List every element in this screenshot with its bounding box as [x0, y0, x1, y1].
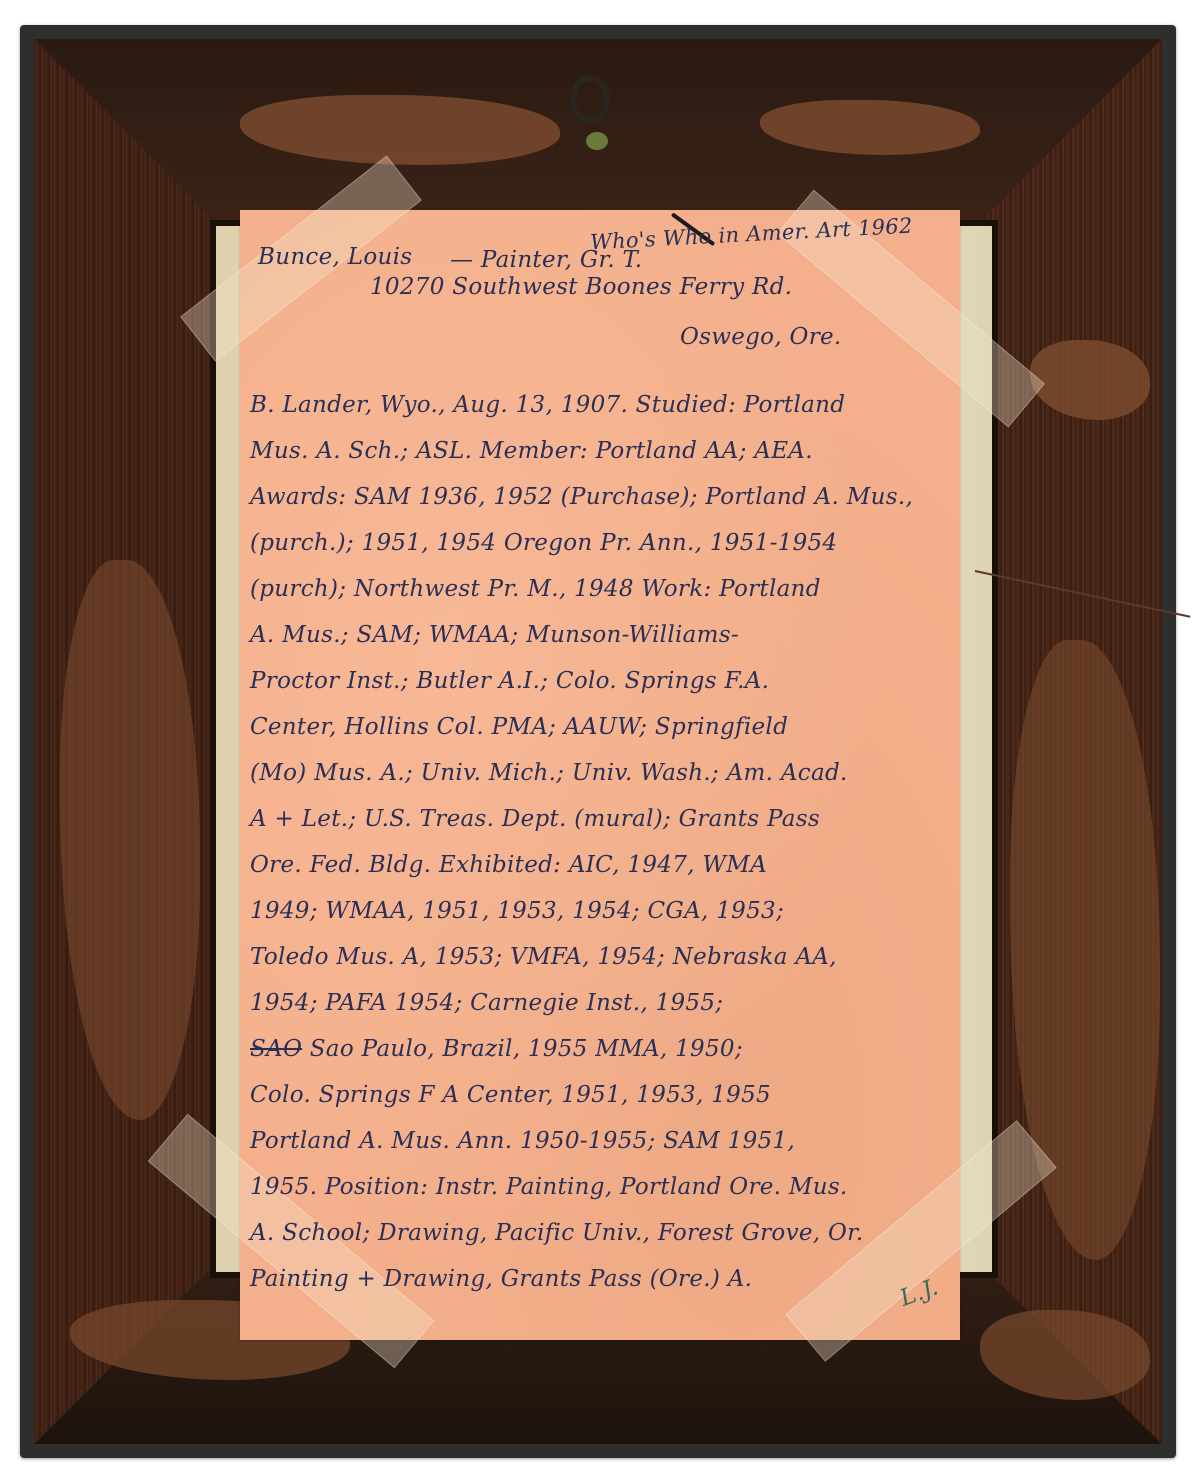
metal-ring-icon [570, 75, 610, 123]
note-line: Awards: SAM 1936, 1952 (Purchase); Portl… [250, 484, 913, 510]
note-address-1: 10270 Southwest Boones Ferry Rd. [370, 274, 792, 300]
note-line: A. School; Drawing, Pacific Univ., Fores… [250, 1220, 864, 1246]
note-line: Toledo Mus. A, 1953; VMFA, 1954; Nebrask… [250, 944, 837, 970]
note-name: Bunce, Louis [258, 244, 412, 270]
note-occupation: — Painter, Gr. T. [450, 247, 642, 273]
note-line: B. Lander, Wyo., Aug. 13, 1907. Studied:… [250, 392, 845, 418]
note-line: Center, Hollins Col. PMA; AAUW; Springfi… [250, 714, 788, 740]
note-line: Portland A. Mus. Ann. 1950-1955; SAM 195… [250, 1128, 795, 1154]
note-line: Mus. A. Sch.; ASL. Member: Portland AA; … [250, 438, 813, 464]
note-line: Colo. Springs F A Center, 1951, 1953, 19… [250, 1082, 771, 1108]
note-line: (Mo) Mus. A.; Univ. Mich.; Univ. Wash.; … [250, 760, 848, 786]
note-line: (purch); Northwest Pr. M., 1948 Work: Po… [250, 576, 821, 602]
note-line: Ore. Fed. Bldg. Exhibited: AIC, 1947, WM… [250, 852, 767, 878]
note-line: 1955. Position: Instr. Painting, Portlan… [250, 1174, 848, 1200]
note-line: 1949; WMAA, 1951, 1953, 1954; CGA, 1953; [250, 898, 784, 924]
note-line: Painting + Drawing, Grants Pass (Ore.) A… [250, 1266, 752, 1292]
note-line: Proctor Inst.; Butler A.I.; Colo. Spring… [250, 668, 769, 694]
note-line: Sao Paulo, Brazil, 1955 MMA, 1950; [310, 1036, 743, 1062]
note-line-struck: SAO Sao Paulo, Brazil, 1955 MMA, 1950; [250, 1036, 743, 1062]
note-address-2: Oswego, Ore. [680, 324, 842, 350]
note-line: A. Mus.; SAM; WMAA; Munson-Williams- [250, 622, 739, 648]
twine-knot [586, 132, 608, 150]
note-line: (purch.); 1951, 1954 Oregon Pr. Ann., 19… [250, 530, 837, 556]
struck-word: SAO [250, 1036, 302, 1062]
note-line: 1954; PAFA 1954; Carnegie Inst., 1955; [250, 990, 723, 1016]
note-line: A + Let.; U.S. Treas. Dept. (mural); Gra… [250, 806, 820, 832]
